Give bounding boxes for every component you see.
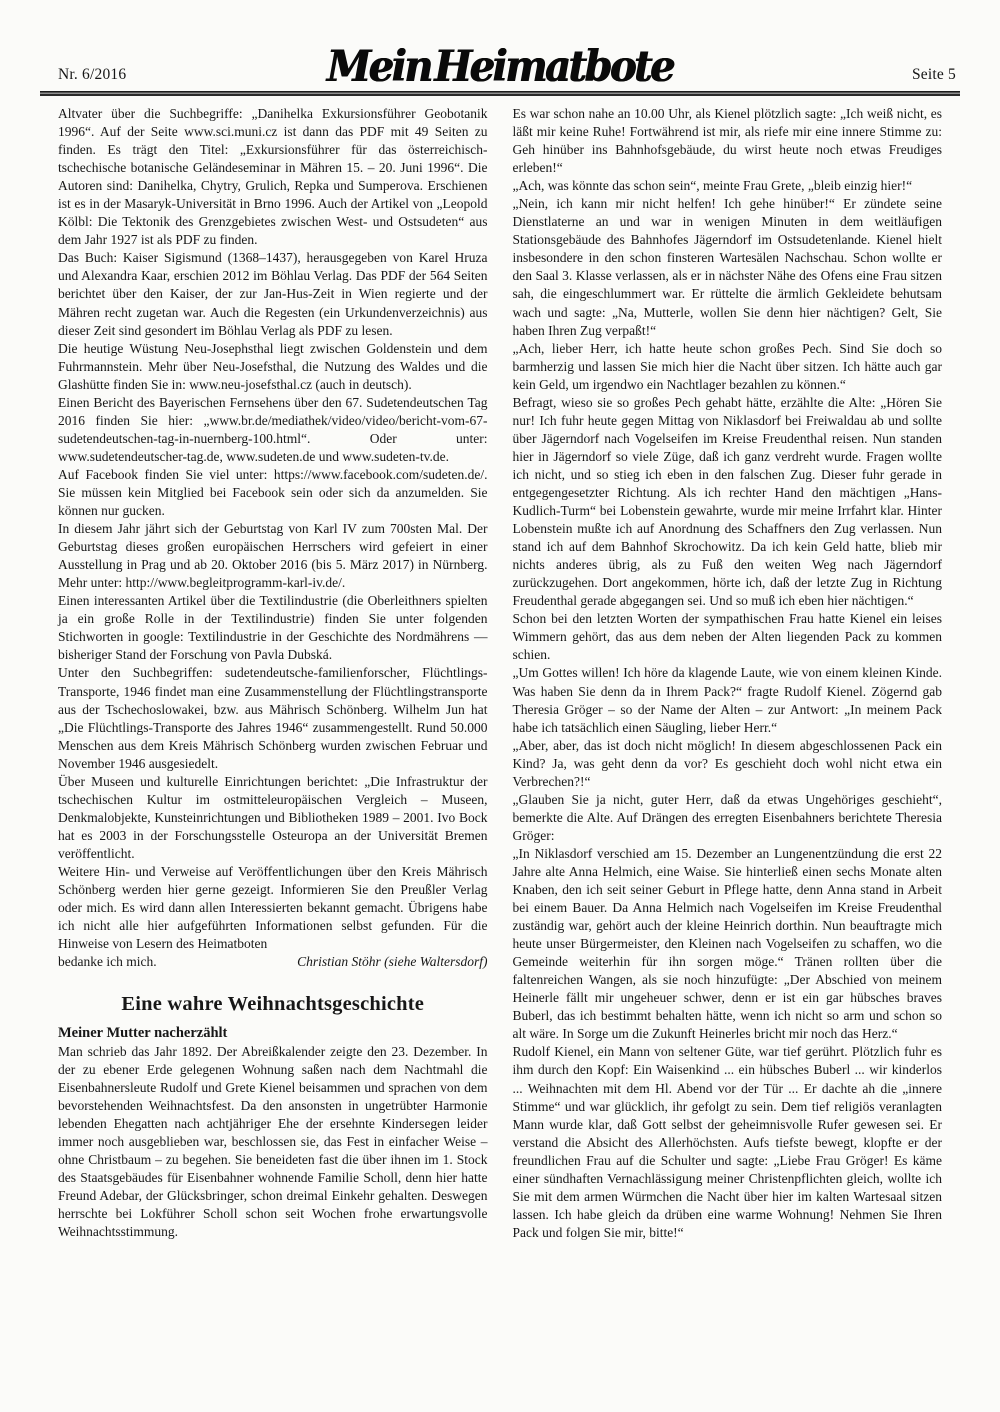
story-paragraph: „Ach, lieber Herr, ich hatte heute schon… [513,340,943,394]
story-paragraph: „Um Gottes willen! Ich höre da klagende … [513,664,943,736]
closing-text: bedanke ich mich. [58,953,157,971]
article-closing-line: bedanke ich mich. Christian Stöhr (siehe… [58,953,488,971]
story-subtitle: Meiner Mutter nacherzählt [58,1024,488,1043]
article-paragraph: Die heutige Wüstung Neu-Josephsthal lieg… [58,340,488,394]
story-paragraph: Befragt, wieso sie so großes Pech gehabt… [513,394,943,611]
story-title: Eine wahre Weihnachtsgeschichte [58,992,488,1017]
story-paragraph: Rudolf Kienel, ein Mann von seltener Güt… [513,1043,943,1242]
story-paragraph: „Glauben Sie ja nicht, guter Herr, daß d… [513,791,943,845]
article-paragraph: In diesem Jahr jährt sich der Geburtstag… [58,520,488,592]
story-paragraph: Man schrieb das Jahr 1892. Der Abreißkal… [58,1043,488,1242]
article-columns: Altvater über die Suchbegriffe: „Danihel… [58,105,942,1242]
article-paragraph: Unter den Suchbegriffen: sudetendeutsche… [58,664,488,772]
left-column: Altvater über die Suchbegriffe: „Danihel… [58,105,488,1242]
article-paragraph: Einen Bericht des Bayerischen Fernsehens… [58,394,488,466]
masthead-logo: Mein Heimatbote [327,41,673,92]
article-paragraph: Einen interessanten Artikel über die Tex… [58,592,488,664]
article-paragraph: Auf Facebook finden Sie viel unter: http… [58,466,488,520]
story-paragraph: „In Niklasdorf verschied am 15. Dezember… [513,845,943,1044]
newspaper-page: Nr. 6/2016 Mein Heimatbote Seite 5 Altva… [0,0,1000,1412]
story-paragraph: „Aber, aber, das ist doch nicht möglich!… [513,737,943,791]
right-column: Es war schon nahe an 10.00 Uhr, als Kien… [513,105,943,1242]
page-header: Nr. 6/2016 Mein Heimatbote Seite 5 [42,34,958,86]
article-paragraph: Das Buch: Kaiser Sigismund (1368–1437), … [58,249,488,339]
author-byline: Christian Stöhr (siehe Waltersdorf) [297,953,487,971]
article-paragraph: Weitere Hin- und Verweise auf Veröffentl… [58,863,488,953]
story-paragraph: „Nein, ich kann mir nicht helfen! Ich ge… [513,195,943,339]
issue-number: Nr. 6/2016 [58,66,126,84]
page-number: Seite 5 [912,66,956,84]
story-paragraph: Schon bei den letzten Worten der sympath… [513,610,943,664]
story-paragraph: „Ach, was könnte das schon sein“, meinte… [513,177,943,195]
story-paragraph: Es war schon nahe an 10.00 Uhr, als Kien… [513,105,943,177]
article-paragraph: Altvater über die Suchbegriffe: „Danihel… [58,105,488,249]
article-paragraph: Über Museen und kulturelle Einrichtungen… [58,773,488,863]
